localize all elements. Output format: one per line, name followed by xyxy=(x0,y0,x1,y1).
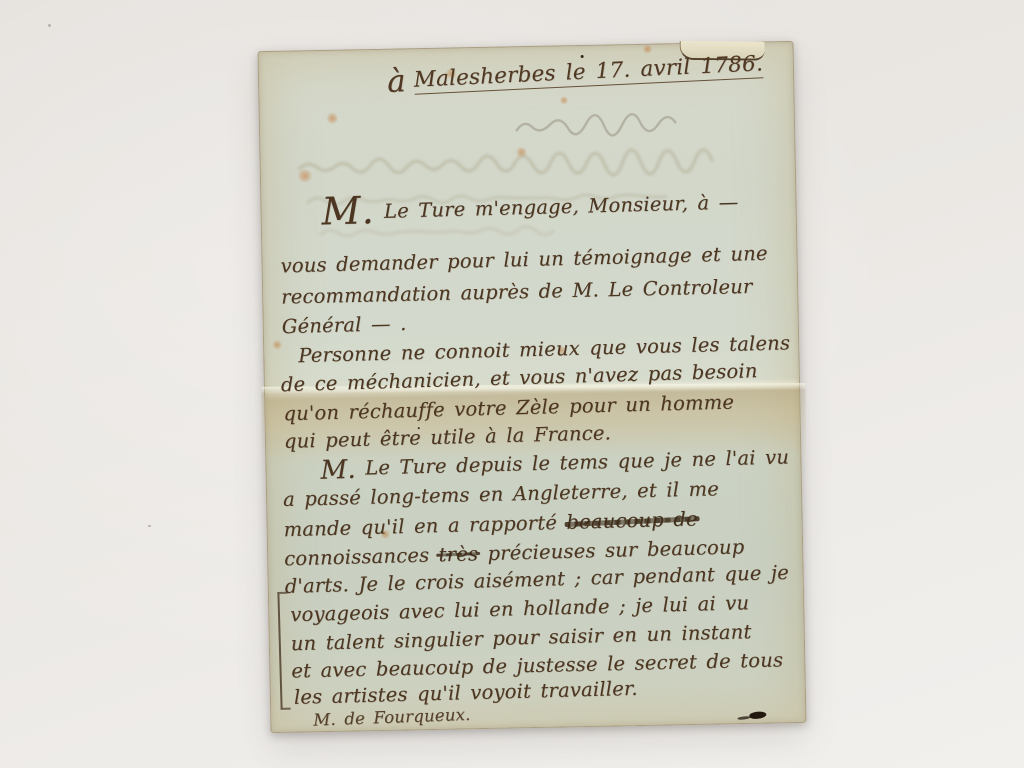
foxing-spot xyxy=(642,45,652,54)
crossed-out-words: beaucoup de xyxy=(566,507,698,533)
letter-paper: àMalesherbes le 17. avril 1786. M. Le Tu… xyxy=(258,41,807,733)
ink-speck xyxy=(581,55,584,58)
drop-initial: M. xyxy=(321,188,375,233)
line-text: précieuses sur beaucoup xyxy=(478,535,745,565)
photo-backdrop: àMalesherbes le 17. avril 1786. M. Le Tu… xyxy=(0,0,1024,768)
dateline: àMalesherbes le 17. avril 1786. xyxy=(387,51,764,95)
letter-line: M. Le Ture m'engage, Monsieur, à — xyxy=(321,190,738,227)
line-text: Le Ture m'engage, Monsieur, à — xyxy=(374,191,738,224)
crossed-out-word: très xyxy=(438,542,478,566)
line-text: connoissances xyxy=(284,543,439,570)
pencil-inscription xyxy=(510,106,701,144)
recipient-annotation: M. de Fourqueux. xyxy=(313,702,471,734)
letter-line: vous demander pour lui un témoignage et … xyxy=(280,241,768,280)
letter-line: Général — . xyxy=(281,311,406,340)
paragraph-initial: M. xyxy=(320,455,356,486)
ink-blot xyxy=(749,711,767,720)
foxing-spot xyxy=(326,113,339,124)
dateline-text: Malesherbes le 17. avril 1786. xyxy=(413,51,763,94)
dust-speck xyxy=(48,24,51,27)
margin-bracket xyxy=(277,592,290,710)
letter-line: recommandation auprès de M. Le Controleu… xyxy=(281,274,753,311)
foxing-spot xyxy=(297,169,313,182)
line-text: mande qu'il en a rapporté xyxy=(283,511,566,541)
dateline-flourish: à xyxy=(386,63,406,100)
dust-speck xyxy=(148,525,151,527)
foxing-spot xyxy=(559,96,568,104)
foxing-spot xyxy=(272,340,282,350)
foxing-spot xyxy=(515,147,527,157)
